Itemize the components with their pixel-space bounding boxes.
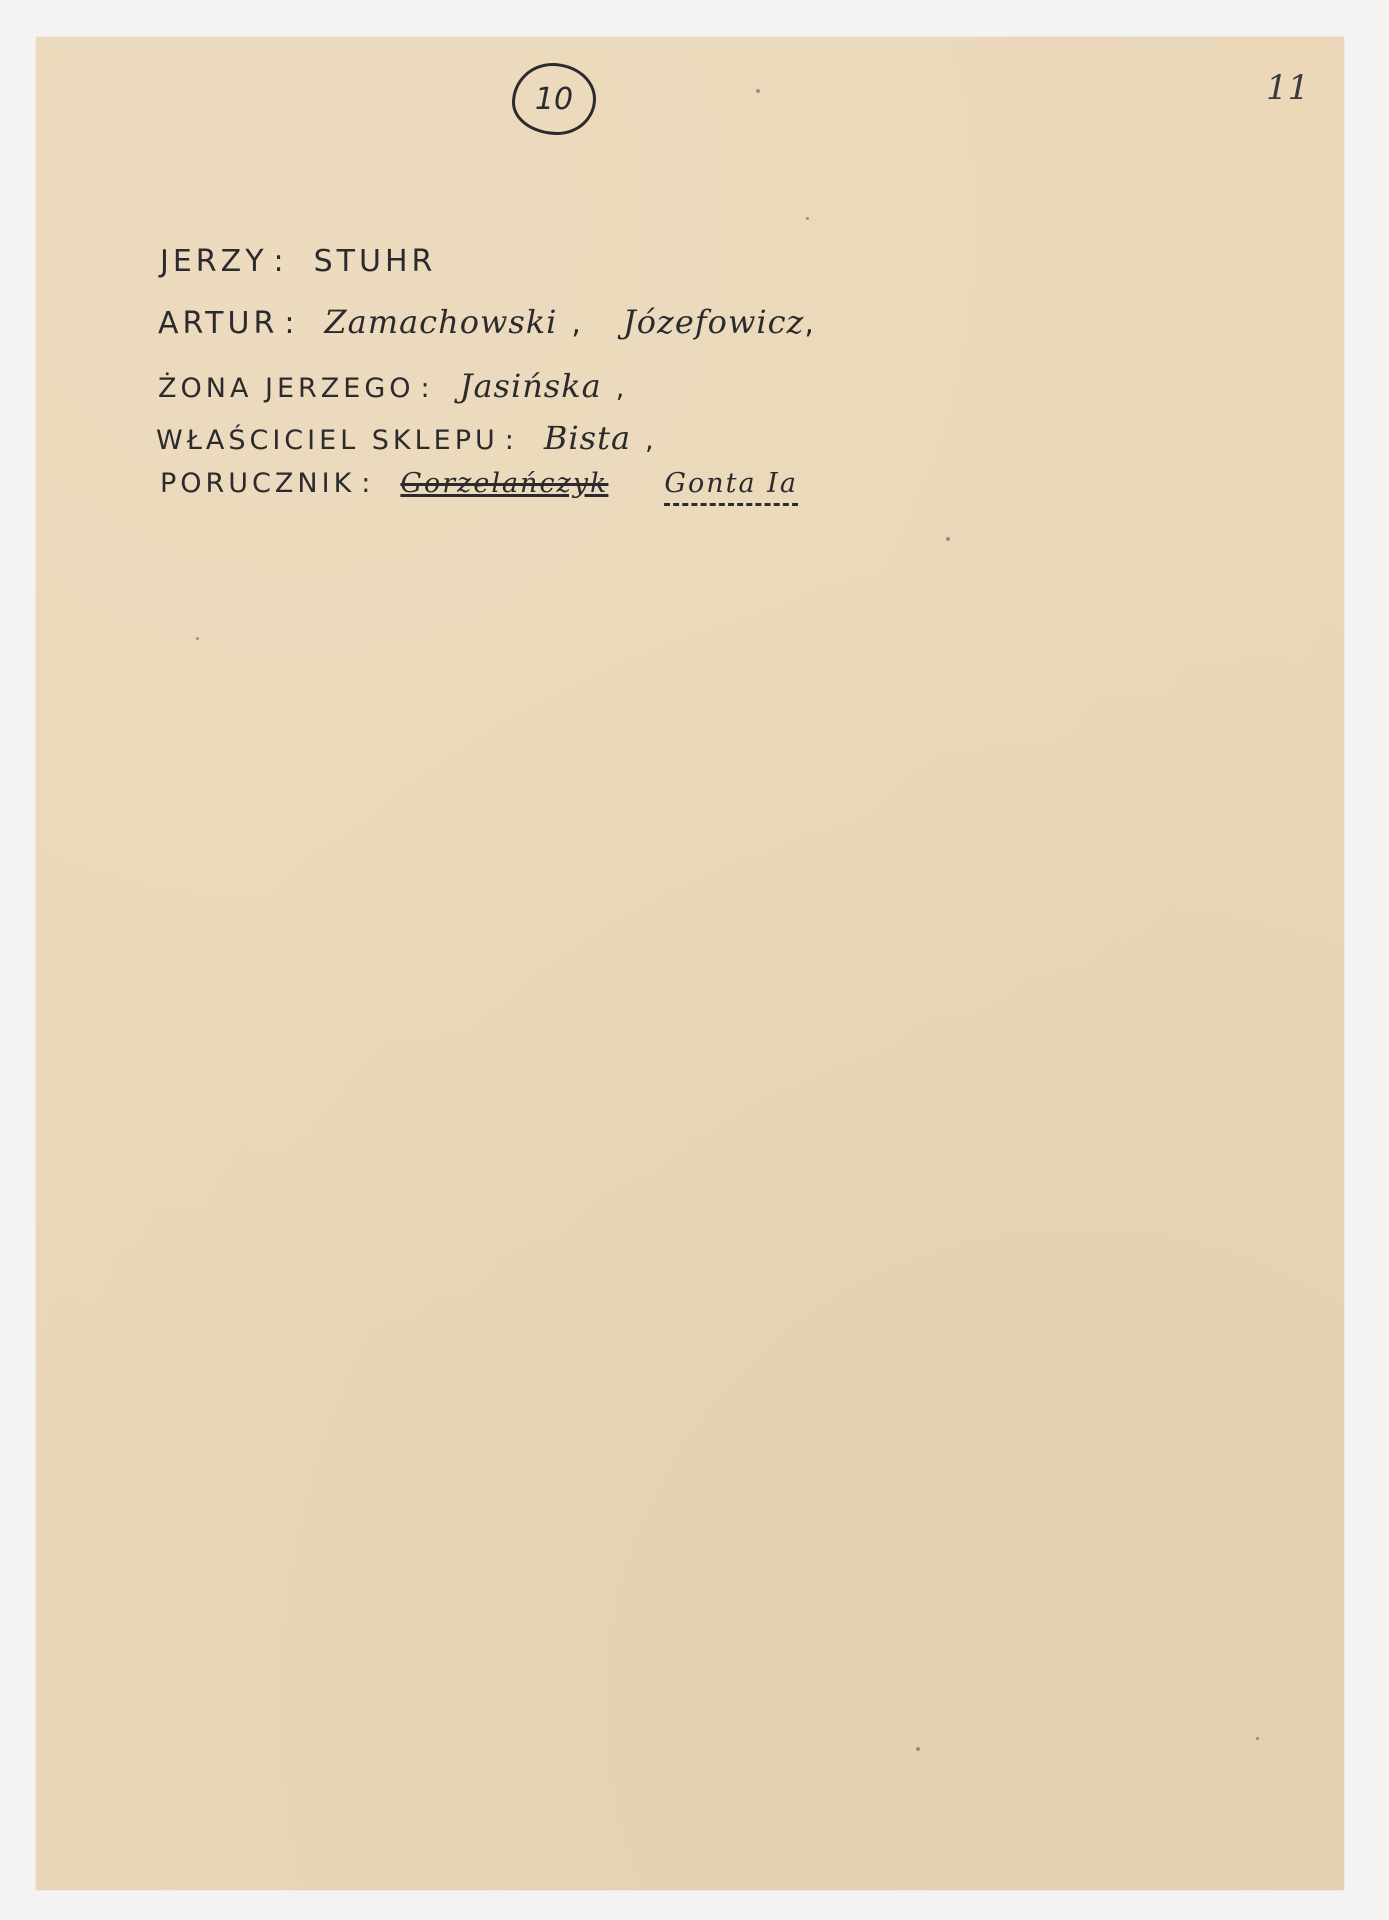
cast-entry: WŁAŚCICIEL SKLEPU:Bista, <box>156 420 656 459</box>
cast-entry: ARTUR:Zamachowski,Józefowicz, <box>158 304 816 342</box>
trailing-punctuation: , <box>645 425 656 456</box>
actor-name: STUHR <box>314 244 437 279</box>
cast-entry: PORUCZNIK:GorzelańczykGonta Ia <box>160 466 798 502</box>
actor-name: Jasińska <box>460 367 602 405</box>
role-name: JERZY <box>160 244 268 279</box>
paper-speck <box>946 537 950 541</box>
circled-page-number-text: 10 <box>535 82 573 117</box>
trailing-punctuation: , <box>804 306 816 341</box>
separator: : <box>361 468 372 499</box>
role-name: WŁAŚCICIEL SKLEPU <box>156 425 499 456</box>
struck-out-actor-name: Gorzelańczyk <box>400 468 608 499</box>
cast-entry: ŻONA JERZEGO:Jasińska, <box>158 368 626 407</box>
separator: : <box>284 306 296 341</box>
actor-name: Józefowicz <box>623 303 804 341</box>
actor-name: Gonta Ia <box>664 468 798 506</box>
separator: : <box>505 425 516 456</box>
role-name: ŻONA JERZEGO <box>158 373 415 404</box>
corner-page-number: 11 <box>1266 68 1309 108</box>
paper-speck <box>806 217 809 220</box>
separator: : <box>421 373 432 404</box>
cast-entry: JERZY:STUHR <box>160 244 436 280</box>
role-name: ARTUR <box>158 306 278 341</box>
paper-speck <box>916 1747 920 1751</box>
comma: , <box>571 306 583 341</box>
circled-page-number: 10 <box>512 63 596 135</box>
actor-name: Bista <box>544 419 631 457</box>
paper-speck <box>196 637 199 640</box>
separator: : <box>274 244 286 279</box>
paper-speck <box>756 89 760 93</box>
actor-name: Zamachowski <box>324 303 557 341</box>
paper-speck <box>1256 1737 1259 1740</box>
trailing-punctuation: , <box>616 373 627 404</box>
role-name: PORUCZNIK <box>160 468 355 499</box>
